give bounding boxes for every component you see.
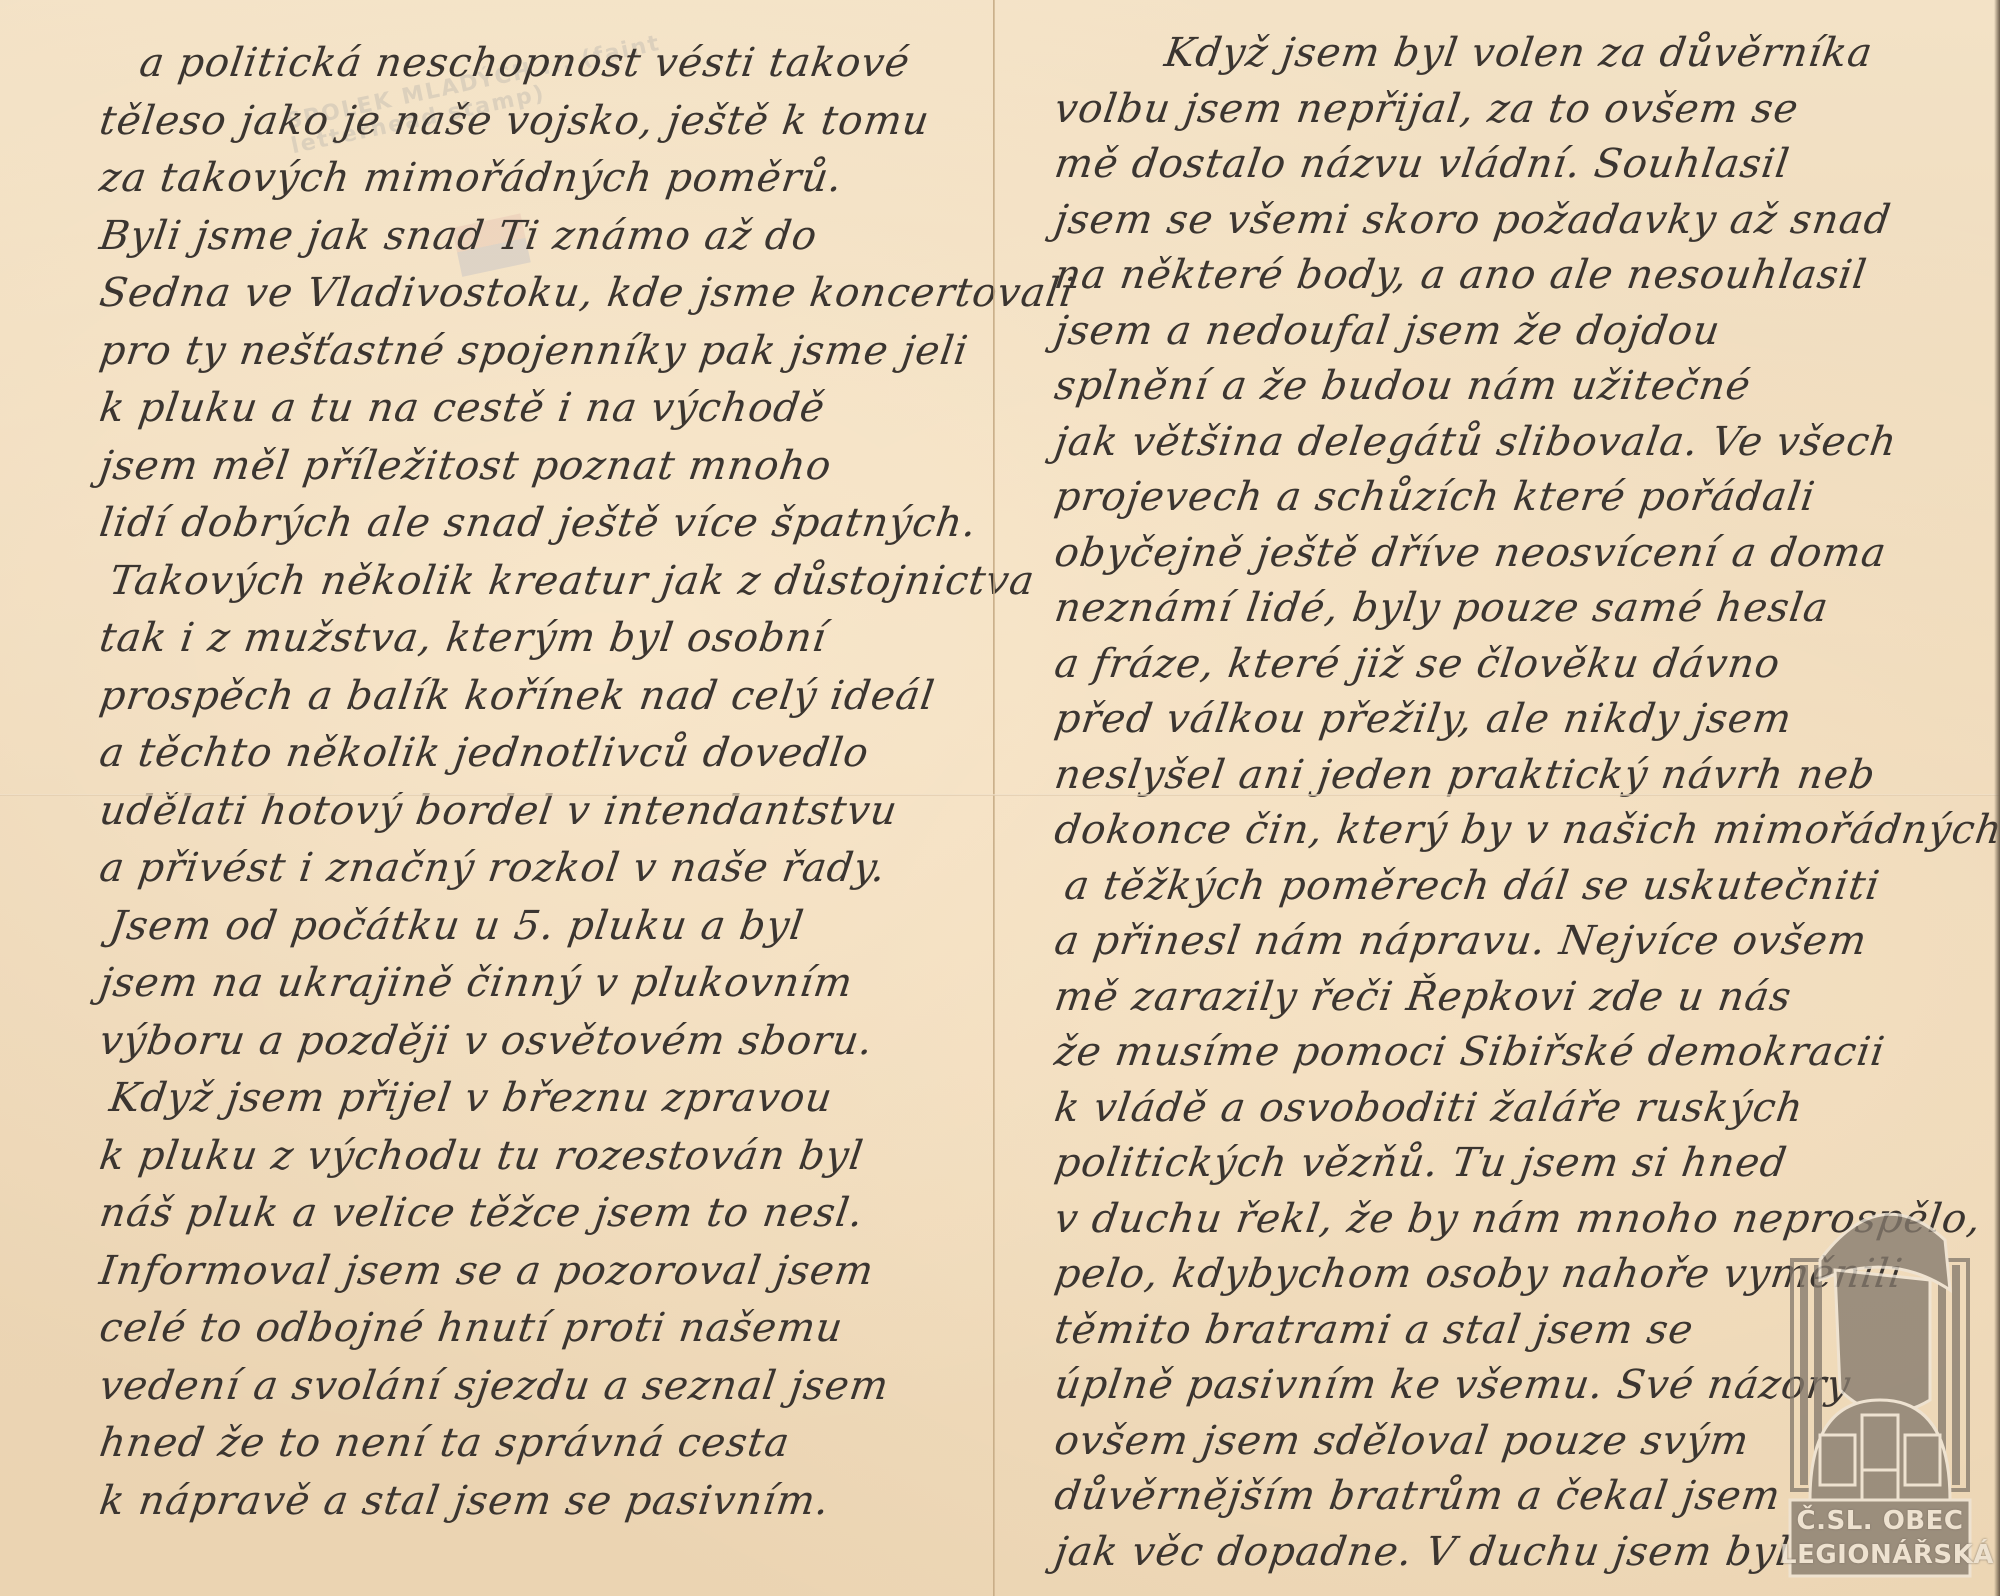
- letter-scan: SPOLEK MLADÝCH ... (faint letterhead sta…: [0, 0, 2000, 1596]
- handwritten-line: jsem na ukrajině činný v plukovním: [97, 960, 856, 1006]
- horizontal-fold-line: [0, 794, 2000, 796]
- handwritten-line: splnění a že budou nám užitečné: [1052, 363, 1754, 409]
- handwritten-line: Jsem od počátku u 5. pluku a byl: [107, 903, 807, 949]
- handwritten-line: jsem měl příležitost poznat mnoho: [97, 443, 835, 489]
- handwritten-line: lidí dobrých ale snad ještě více špatnýc…: [97, 500, 980, 546]
- handwritten-line: že musíme pomoci Sibiřské demokracii: [1052, 1029, 1888, 1075]
- handwritten-line: důvěrnějším bratrům a čekal jsem: [1052, 1473, 1784, 1519]
- handwritten-line: Když jsem byl volen za důvěrníka: [1162, 30, 1876, 76]
- handwritten-line: a přinesl nám nápravu. Nejvíce ovšem: [1052, 918, 1870, 964]
- handwritten-line: a těchto několik jednotlivců dovedlo: [97, 730, 872, 776]
- handwritten-line: náš pluk a velice těžce jsem to nesl.: [97, 1190, 867, 1236]
- handwritten-line: jsem a nedoufal jsem že dojdou: [1052, 308, 1724, 354]
- handwritten-line: a přivést i značný rozkol v naše řady.: [97, 845, 889, 891]
- handwritten-line: za takových mimořádných poměrů.: [97, 155, 846, 201]
- watermark-text-line1: Č.SL. OBEC: [1780, 1506, 1980, 1536]
- handwritten-line: Takových několik kreatur jak z důstojnic…: [107, 558, 1038, 604]
- handwritten-line: a těžkých poměrech dál se uskutečniti: [1062, 863, 1883, 909]
- handwritten-line: pelo, kdybychom osoby nahoře vyměnili: [1052, 1251, 1906, 1297]
- handwritten-line: politických vězňů. Tu jsem si hned: [1052, 1140, 1790, 1186]
- handwritten-line: jak většina delegátů slibovala. Ve všech: [1052, 419, 1900, 465]
- left-page: a politická neschopnost vésti takovétěle…: [0, 0, 993, 1596]
- handwritten-line: a politická neschopnost vésti takové: [137, 40, 913, 86]
- handwritten-line: neznámí lidé, byly pouze samé hesla: [1052, 585, 1832, 631]
- vertical-fold-line: [993, 0, 995, 1596]
- handwritten-line: k pluku z východu tu rozestován byl: [97, 1133, 867, 1179]
- handwritten-line: mě zarazily řeči Řepkovi zde u nás: [1052, 974, 1795, 1020]
- handwritten-line: k pluku a tu na cestě i na východě: [97, 385, 828, 431]
- legion-watermark-logo: Č.SL. OBEC LEGIONÁŘSKÁ: [1780, 1170, 1980, 1580]
- handwritten-line: pro ty nešťastné spojenníky pak jsme jel…: [97, 328, 971, 374]
- handwritten-line: před válkou přežily, ale nikdy jsem: [1052, 696, 1795, 742]
- handwritten-line: Informoval jsem se a pozoroval jsem: [97, 1248, 877, 1294]
- handwritten-line: jsem se všemi skoro požadavky až snad: [1052, 197, 1894, 243]
- handwritten-line: hned že to není ta správná cesta: [97, 1420, 793, 1466]
- handwritten-line: k nápravě a stal jsem se pasivním.: [97, 1478, 833, 1524]
- handwritten-line: na některé body, a ano ale nesouhlasil: [1052, 252, 1870, 298]
- handwritten-line: obyčejně ještě dříve neosvícení a doma: [1052, 530, 1890, 576]
- handwritten-line: Když jsem přijel v březnu zpravou: [107, 1075, 836, 1121]
- handwritten-line: a fráze, které již se člověku dávno: [1052, 641, 1784, 687]
- handwritten-line: jak věc dopadne. V duchu jsem byl: [1052, 1529, 1794, 1575]
- handwritten-line: prospěch a balík kořínek nad celý ideál: [97, 673, 938, 719]
- handwritten-line: tak i z mužstva, kterým byl osobní: [97, 615, 830, 661]
- handwritten-line: k vládě a osvoboditi žaláře ruských: [1052, 1085, 1807, 1131]
- handwritten-line: Sedna ve Vladivostoku, kde jsme koncerto…: [97, 270, 1077, 316]
- handwritten-line: těmito bratrami a stal jsem se: [1052, 1307, 1697, 1353]
- watermark-text-line2: LEGIONÁŘSKÁ: [1780, 1540, 1980, 1570]
- handwritten-line: celé to odbojné hnutí proti našemu: [97, 1305, 846, 1351]
- handwritten-line: vedení a svolání sjezdu a seznal jsem: [97, 1363, 892, 1409]
- handwritten-line: úplně pasivním ke všemu. Své názory: [1052, 1362, 1854, 1408]
- handwritten-line: ovšem jsem sděloval pouze svým: [1052, 1418, 1752, 1464]
- handwritten-line: mě dostalo názvu vládní. Souhlasil: [1052, 141, 1793, 187]
- paper-edge-shadow: [1994, 0, 2000, 1596]
- handwritten-line: těleso jako je naše vojsko, ještě k tomu: [97, 98, 933, 144]
- handwritten-line: neslyšel ani jeden praktický návrh neb: [1052, 752, 1879, 798]
- handwritten-line: Byli jsme jak snad Ti známo až do: [97, 213, 821, 259]
- handwritten-line: dokonce čin, který by v našich mimořádný…: [1052, 807, 2000, 853]
- handwritten-line: projevech a schůzích které pořádali: [1052, 474, 1818, 520]
- handwritten-line: výboru a později v osvětovém sboru.: [97, 1018, 877, 1064]
- handwritten-line: volbu jsem nepřijal, za to ovšem se: [1052, 86, 1802, 132]
